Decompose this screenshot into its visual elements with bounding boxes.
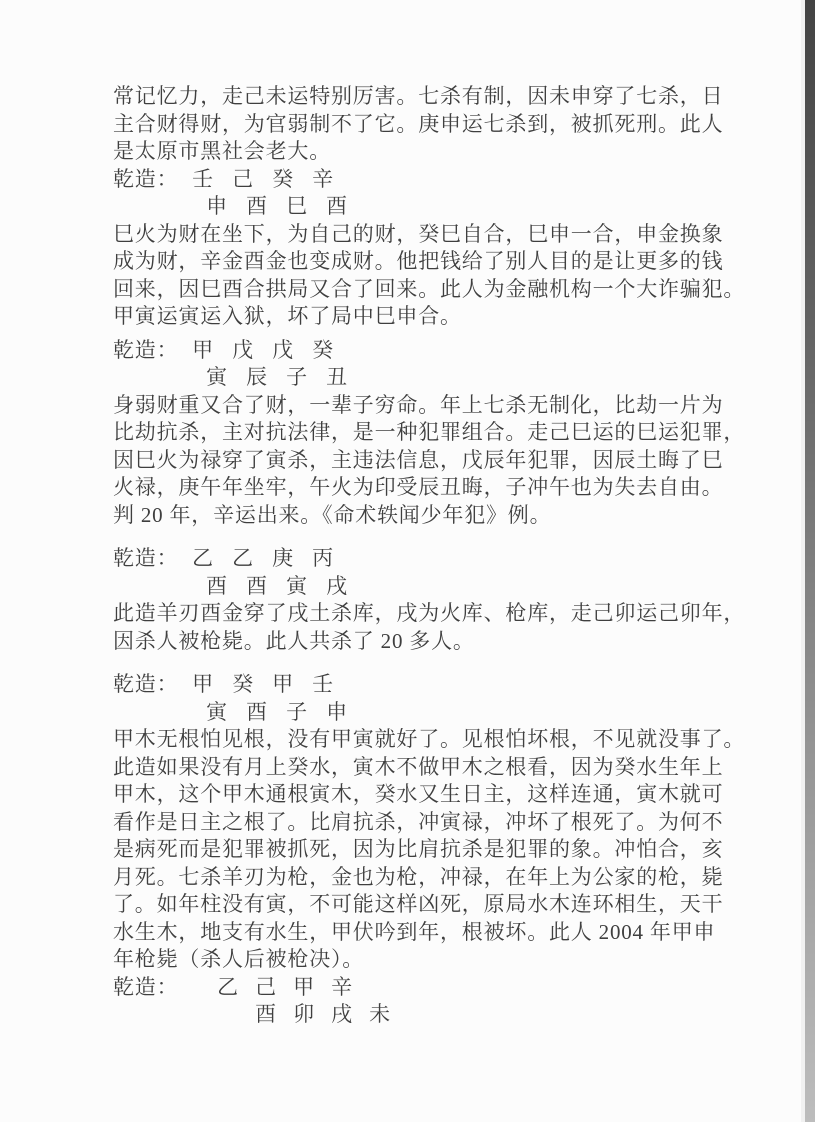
bazi-branch: 未 bbox=[361, 1001, 399, 1029]
text-line: 甲木，这个甲木通根寅木，癸水又生日主，这样连通，寅木就可 bbox=[113, 781, 713, 809]
paragraph: 常记忆力，走己未运特别厉害。七杀有制，因未申穿了七杀，日主合财得财，为官弱制不了… bbox=[113, 83, 713, 166]
bazi-stem: 甲 bbox=[183, 337, 223, 365]
text-line: 是病死而是犯罪被抓死，因为比肩抗杀是犯罪的象。冲怕合，亥 bbox=[113, 836, 713, 864]
text-line: 是太原市黑社会老大。 bbox=[113, 138, 713, 166]
document-body: 常记忆力，走己未运特别厉害。七杀有制，因未申穿了七杀，日主合财得财，为官弱制不了… bbox=[113, 83, 713, 1029]
bazi-branch: 子 bbox=[277, 699, 317, 727]
text-line: 巳火为财在坐下，为自己的财，癸巳自合，巳申一合，申金换象 bbox=[113, 221, 713, 249]
text-line: 因杀人被枪毙。此人共杀了 20 多人。 bbox=[113, 628, 713, 656]
scan-edge-shadow bbox=[805, 0, 815, 1122]
spacer bbox=[113, 364, 197, 392]
bazi-stem: 癸 bbox=[303, 337, 343, 365]
bazi-chart: 乾造：甲戊戊癸寅辰子丑 bbox=[113, 337, 713, 392]
bazi-branch: 酉 bbox=[237, 193, 277, 221]
text-line: 看作是日主之根了。比肩抗杀，冲寅禄，冲坏了根死了。为何不 bbox=[113, 809, 713, 837]
bazi-branch: 丑 bbox=[317, 364, 357, 392]
text-line: 比劫抗杀，主对抗法律，是一种犯罪组合。走己巳运的巳运犯罪， bbox=[113, 419, 713, 447]
text-line: 年枪毙（杀人后被枪决）。 bbox=[113, 946, 713, 974]
bazi-stem: 辛 bbox=[303, 166, 343, 194]
bazi-stem: 戊 bbox=[263, 337, 303, 365]
text-line: 此造如果没有月上癸水，寅木不做甲木之根看，因为癸水生年上 bbox=[113, 754, 713, 782]
bazi-stems-row: 乾造：甲戊戊癸 bbox=[113, 337, 713, 365]
bazi-stem: 壬 bbox=[183, 166, 223, 194]
bazi-branch: 酉 bbox=[237, 699, 277, 727]
text-line: 甲寅运寅运入狱，坏了局中巳申合。 bbox=[113, 303, 713, 331]
bazi-branch: 寅 bbox=[197, 699, 237, 727]
text-line: 月死。七杀羊刃为枪，金也为枪，冲禄，在年上为公家的枪，毙 bbox=[113, 864, 713, 892]
paragraph: 巳火为财在坐下，为自己的财，癸巳自合，巳申一合，申金换象成为财，辛金酉金也变成财… bbox=[113, 221, 713, 331]
bazi-chart: 乾造：甲癸甲壬寅酉子申 bbox=[113, 671, 713, 726]
bazi-label: 乾造： bbox=[113, 166, 183, 194]
paragraph: 身弱财重又合了财，一辈子穷命。年上七杀无制化，比劫一片为比劫抗杀，主对抗法律，是… bbox=[113, 392, 713, 530]
bazi-branch: 酉 bbox=[237, 573, 277, 601]
spacer bbox=[113, 699, 197, 727]
bazi-branch: 酉 bbox=[247, 1001, 285, 1029]
text-line: 成为财，辛金酉金也变成财。他把钱给了别人目的是让更多的钱 bbox=[113, 248, 713, 276]
bazi-branch: 酉 bbox=[317, 193, 357, 221]
text-line: 身弱财重又合了财，一辈子穷命。年上七杀无制化，比劫一片为 bbox=[113, 392, 713, 420]
bazi-stem: 乙 bbox=[183, 545, 223, 573]
text-line: 此造羊刃酉金穿了戌土杀库，戌为火库、枪库，走己卯运己卯年， bbox=[113, 600, 713, 628]
bazi-stem: 癸 bbox=[263, 166, 303, 194]
text-line: 常记忆力，走己未运特别厉害。七杀有制，因未申穿了七杀，日 bbox=[113, 83, 713, 111]
spacer bbox=[183, 974, 209, 1002]
bazi-branch: 子 bbox=[277, 364, 317, 392]
bazi-branches-row: 申酉巳酉 bbox=[113, 193, 713, 221]
text-line: 主合财得财，为官弱制不了它。庚申运七杀到，被抓死刑。此人 bbox=[113, 111, 713, 139]
paragraph: 此造羊刃酉金穿了戌土杀库，戌为火库、枪库，走己卯运己卯年，因杀人被枪毙。此人共杀… bbox=[113, 600, 713, 655]
scanned-document-page: 常记忆力，走己未运特别厉害。七杀有制，因未申穿了七杀，日主合财得财，为官弱制不了… bbox=[0, 0, 815, 1122]
bazi-branch: 申 bbox=[317, 699, 357, 727]
bazi-branch: 寅 bbox=[277, 573, 317, 601]
bazi-branch: 辰 bbox=[237, 364, 277, 392]
bazi-stem: 癸 bbox=[223, 671, 263, 699]
bazi-branch: 寅 bbox=[197, 364, 237, 392]
spacer bbox=[113, 1001, 247, 1029]
paragraph: 甲木无根怕见根，没有甲寅就好了。见根怕坏根，不见就没事了。此造如果没有月上癸水，… bbox=[113, 726, 713, 974]
spacer bbox=[113, 573, 197, 601]
bazi-chart: 乾造：乙己甲辛酉卯戌未 bbox=[113, 974, 713, 1029]
text-line: 回来，因巳酉合拱局又合了回来。此人为金融机构一个大诈骗犯。 bbox=[113, 276, 713, 304]
bazi-stem: 壬 bbox=[303, 671, 343, 699]
text-line: 了。如年柱没有寅，不可能这样凶死，原局水木连环相生，天干 bbox=[113, 891, 713, 919]
bazi-stem: 己 bbox=[247, 974, 285, 1002]
bazi-branches-row: 寅辰子丑 bbox=[113, 364, 713, 392]
bazi-label: 乾造： bbox=[113, 337, 183, 365]
bazi-stems-row: 乾造：壬己癸辛 bbox=[113, 166, 713, 194]
bazi-stem: 丙 bbox=[303, 545, 343, 573]
bazi-branches-row: 酉酉寅戌 bbox=[113, 573, 713, 601]
bazi-branches-row: 寅酉子申 bbox=[113, 699, 713, 727]
text-line: 甲木无根怕见根，没有甲寅就好了。见根怕坏根，不见就没事了。 bbox=[113, 726, 713, 754]
bazi-stem: 甲 bbox=[263, 671, 303, 699]
bazi-label: 乾造： bbox=[113, 545, 183, 573]
bazi-stems-row: 乾造：乙乙庚丙 bbox=[113, 545, 713, 573]
bazi-branch: 酉 bbox=[197, 573, 237, 601]
bazi-branch: 卯 bbox=[285, 1001, 323, 1029]
spacer bbox=[113, 193, 197, 221]
bazi-stem: 乙 bbox=[209, 974, 247, 1002]
text-line: 因巳火为禄穿了寅杀，主违法信息，戊辰年犯罪，因辰土晦了巳 bbox=[113, 447, 713, 475]
bazi-branch: 申 bbox=[197, 193, 237, 221]
bazi-stem: 乙 bbox=[223, 545, 263, 573]
text-line: 判 20 年，辛运出来。《命术轶闻少年犯》例。 bbox=[113, 502, 713, 530]
bazi-branch: 巳 bbox=[277, 193, 317, 221]
bazi-stem: 辛 bbox=[323, 974, 361, 1002]
bazi-stems-row: 乾造：乙己甲辛 bbox=[113, 974, 713, 1002]
bazi-branch: 戌 bbox=[323, 1001, 361, 1029]
bazi-stem: 甲 bbox=[285, 974, 323, 1002]
bazi-branch: 戌 bbox=[317, 573, 357, 601]
bazi-branches-row: 酉卯戌未 bbox=[113, 1001, 713, 1029]
text-line: 水生木，地支有水生，甲伏吟到年，根被坏。此人 2004 年甲申 bbox=[113, 919, 713, 947]
bazi-chart: 乾造：乙乙庚丙酉酉寅戌 bbox=[113, 545, 713, 600]
bazi-stem: 庚 bbox=[263, 545, 303, 573]
bazi-chart: 乾造：壬己癸辛申酉巳酉 bbox=[113, 166, 713, 221]
bazi-label: 乾造： bbox=[113, 974, 183, 1002]
bazi-stem: 戊 bbox=[223, 337, 263, 365]
text-line: 火禄，庚午年坐牢，午火为印受辰丑晦，子冲午也为失去自由。 bbox=[113, 474, 713, 502]
bazi-stem: 甲 bbox=[183, 671, 223, 699]
bazi-label: 乾造： bbox=[113, 671, 183, 699]
bazi-stems-row: 乾造：甲癸甲壬 bbox=[113, 671, 713, 699]
bazi-stem: 己 bbox=[223, 166, 263, 194]
